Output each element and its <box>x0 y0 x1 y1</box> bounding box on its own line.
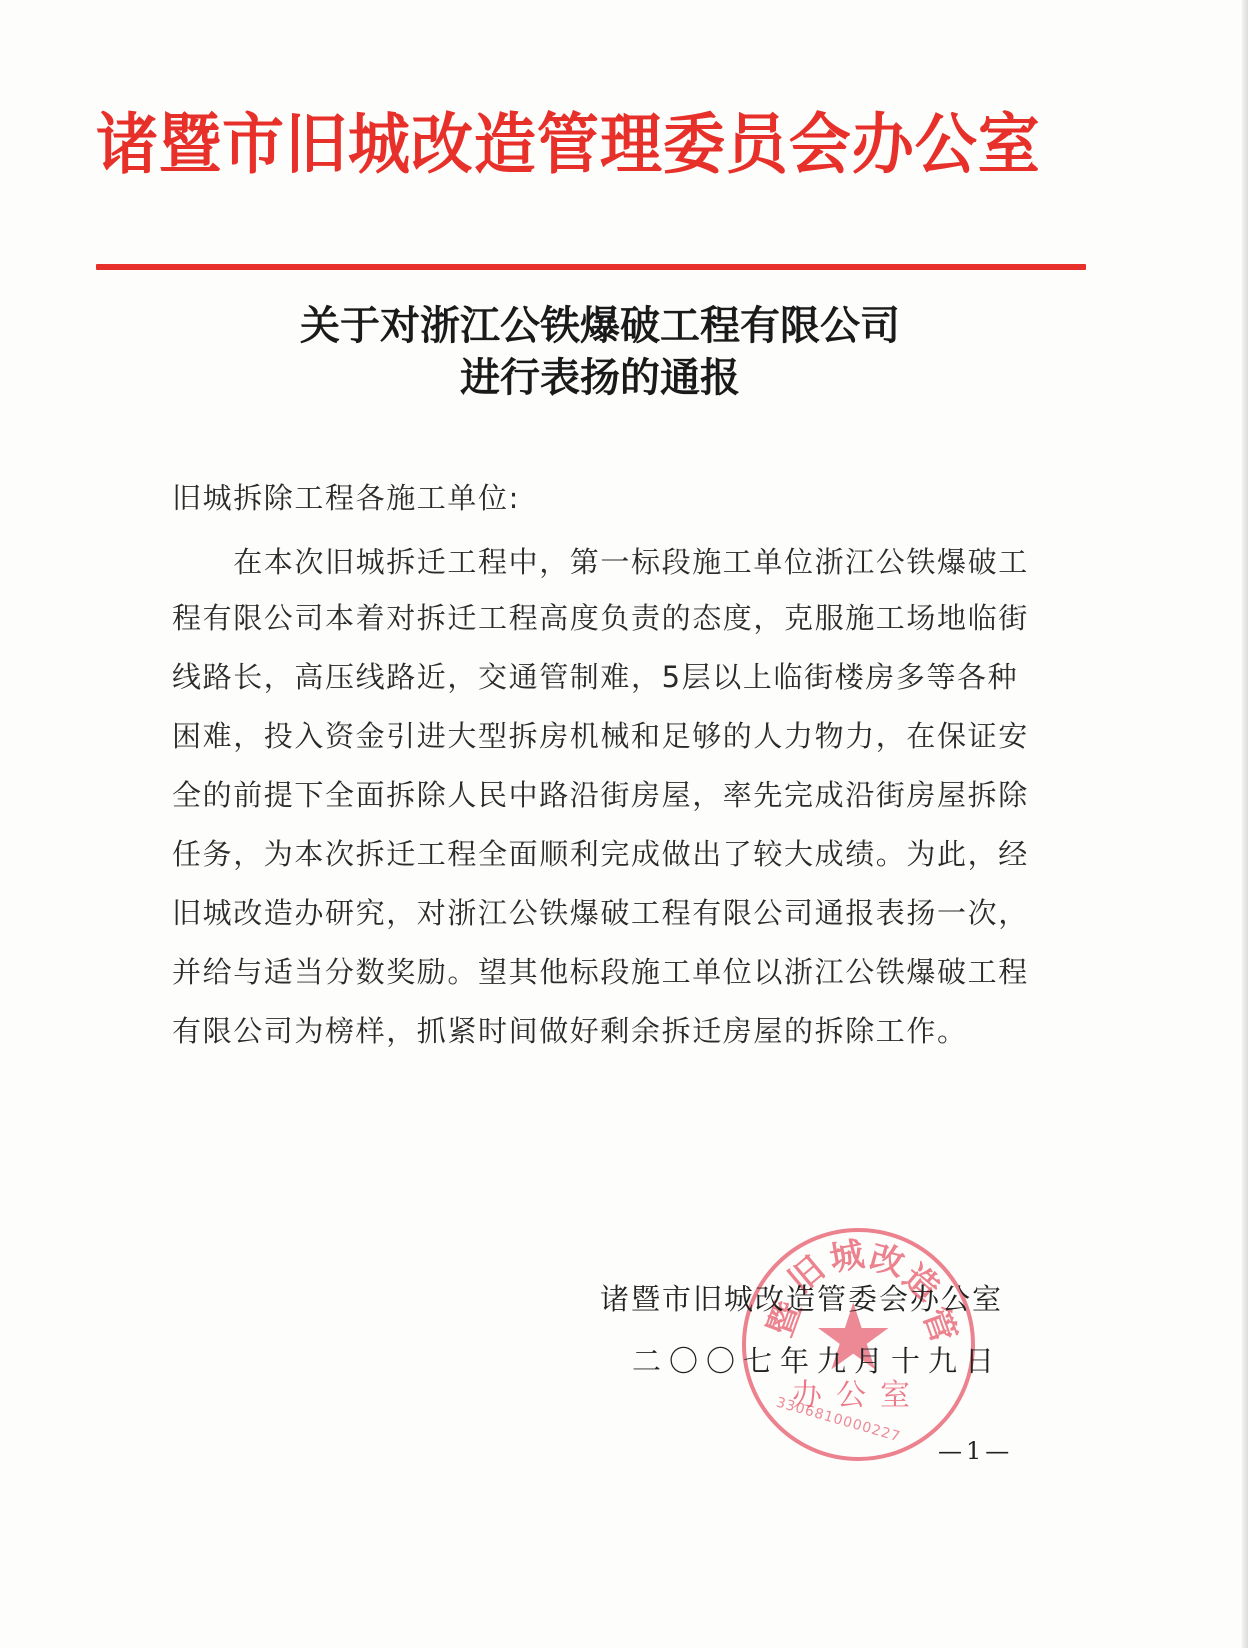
body-line: 并给与适当分数奖励。望其他标段施工单位以浙江公铁爆破工程 <box>172 958 1052 987</box>
seal-arc-char: 改 <box>866 1240 908 1282</box>
document-title-line-2: 进行表扬的通报 <box>0 358 1200 398</box>
masthead-title: 诸暨市旧城改造管理委员会办公室 <box>96 112 1036 178</box>
page-number: —1— <box>938 1437 1013 1465</box>
body-line: 有限公司为榜样，抓紧时间做好剩余拆迁房屋的拆除工作。 <box>172 1017 1052 1046</box>
signature-date: 二〇〇七年九月十九日 <box>632 1347 1002 1376</box>
body-line: 线路长，高压线路近，交通管制难，5层以上临街楼房多等各种 <box>172 663 1052 692</box>
body-line: 在本次旧城拆迁工程中，第一标段施工单位浙江公铁爆破工 <box>172 548 1052 577</box>
body-line: 困难，投入资金引进大型拆房机械和足够的人力物力，在保证安 <box>172 722 1052 751</box>
body-line: 旧城改造办研究，对浙江公铁爆破工程有限公司通报表扬一次， <box>172 899 1052 928</box>
body-line: 全的前提下全面拆除人民中路沿街房屋，率先完成沿街房屋拆除 <box>172 781 1052 810</box>
body-line: 任务，为本次拆迁工程全面顺利完成做出了较大成绩。为此，经 <box>172 840 1052 869</box>
document-title-line-1: 关于对浙江公铁爆破工程有限公司 <box>0 306 1200 346</box>
seal-arc-char: 城 <box>827 1237 866 1276</box>
page-edge <box>1242 0 1248 1648</box>
signature-organization: 诸暨市旧城改造管委会办公室 <box>600 1285 1003 1314</box>
red-divider-rule <box>96 264 1086 270</box>
body-line: 程有限公司本着对拆迁工程高度负责的态度，克服施工场地临街 <box>172 604 1052 633</box>
salutation: 旧城拆除工程各施工单位: <box>172 484 1052 513</box>
